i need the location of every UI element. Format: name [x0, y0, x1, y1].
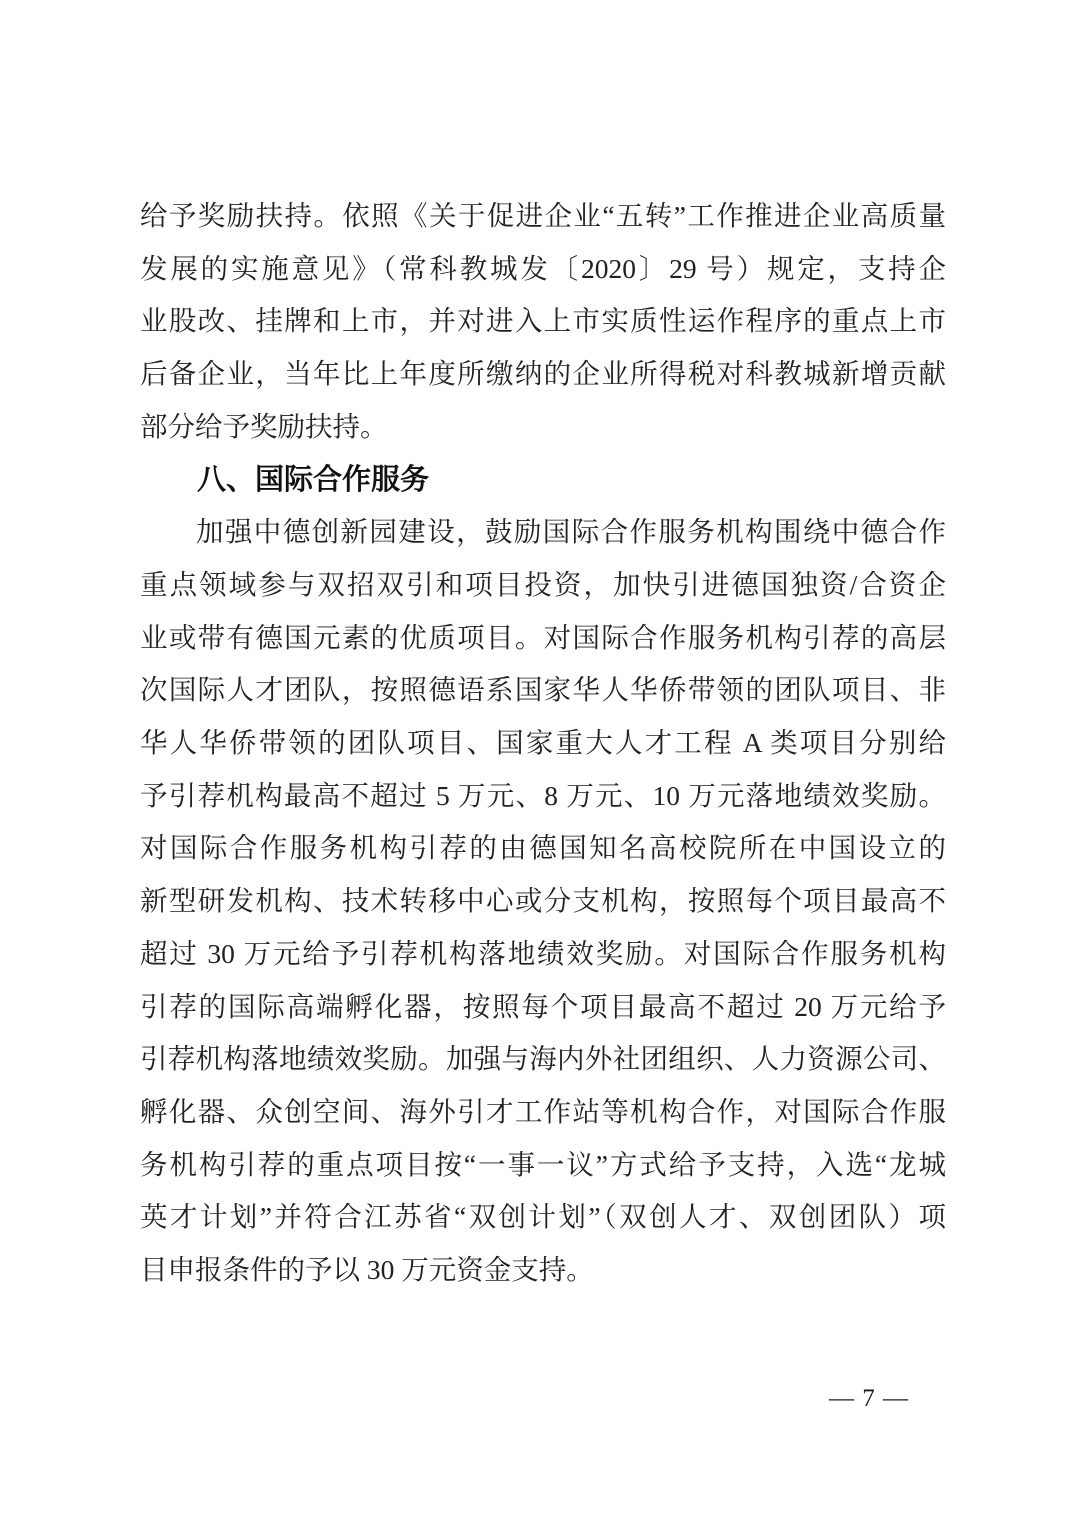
text-line: 给予奖励扶持。依照《关于促进企业“五转”工作推进企业高质量	[140, 190, 946, 243]
text-line: 引荐机构落地绩效奖励。加强与海内外社团组织、人力资源公司、	[140, 1033, 946, 1086]
text-line: 后备企业，当年比上年度所缴纳的企业所得税对科教城新增贡献	[140, 348, 946, 401]
text-line: 目申报条件的予以 30 万元资金支持。	[140, 1244, 946, 1297]
section-heading: 八、国际合作服务	[140, 454, 946, 507]
text-line: 发展的实施意见》（常科教城发〔2020〕29 号）规定，支持企	[140, 243, 946, 296]
paragraph-continuation: 给予奖励扶持。依照《关于促进企业“五转”工作推进企业高质量发展的实施意见》（常科…	[140, 190, 946, 454]
text-line: 引荐的国际高端孵化器，按照每个项目最高不超过 20 万元给予	[140, 981, 946, 1034]
body-text: 给予奖励扶持。依照《关于促进企业“五转”工作推进企业高质量发展的实施意见》（常科…	[140, 190, 946, 1297]
text-line: 华人华侨带领的团队项目、国家重大人才工程 A 类项目分别给	[140, 717, 946, 770]
text-line: 次国际人才团队，按照德语系国家华人华侨带领的团队项目、非	[140, 664, 946, 717]
text-line: 新型研发机构、技术转移中心或分支机构，按照每个项目最高不	[140, 875, 946, 928]
text-line: 英才计划”并符合江苏省“双创计划”（双创人才、双创团队）项	[140, 1191, 946, 1244]
text-line: 重点领域参与双招双引和项目投资，加快引进德国独资/合资企	[140, 559, 946, 612]
text-line: 业股改、挂牌和上市，并对进入上市实质性运作程序的重点上市	[140, 295, 946, 348]
text-line: 务机构引荐的重点项目按“一事一议”方式给予支持，入选“龙城	[140, 1139, 946, 1192]
text-line: 予引荐机构最高不超过 5 万元、8 万元、10 万元落地绩效奖励。	[140, 770, 946, 823]
paragraph-international-cooperation: 加强中德创新园建设，鼓励国际合作服务机构围绕中德合作重点领域参与双招双引和项目投…	[140, 506, 946, 1297]
text-line: 加强中德创新园建设，鼓励国际合作服务机构围绕中德合作	[140, 506, 946, 559]
text-line: 业或带有德国元素的优质项目。对国际合作服务机构引荐的高层	[140, 612, 946, 665]
page-number: — 7 —	[818, 1385, 920, 1413]
text-line: 部分给予奖励扶持。	[140, 401, 946, 454]
text-line: 孵化器、众创空间、海外引才工作站等机构合作，对国际合作服	[140, 1086, 946, 1139]
document-page: 给予奖励扶持。依照《关于促进企业“五转”工作推进企业高质量发展的实施意见》（常科…	[0, 0, 1080, 1527]
text-line: 对国际合作服务机构引荐的由德国知名高校院所在中国设立的	[140, 822, 946, 875]
text-line: 超过 30 万元给予引荐机构落地绩效奖励。对国际合作服务机构	[140, 928, 946, 981]
